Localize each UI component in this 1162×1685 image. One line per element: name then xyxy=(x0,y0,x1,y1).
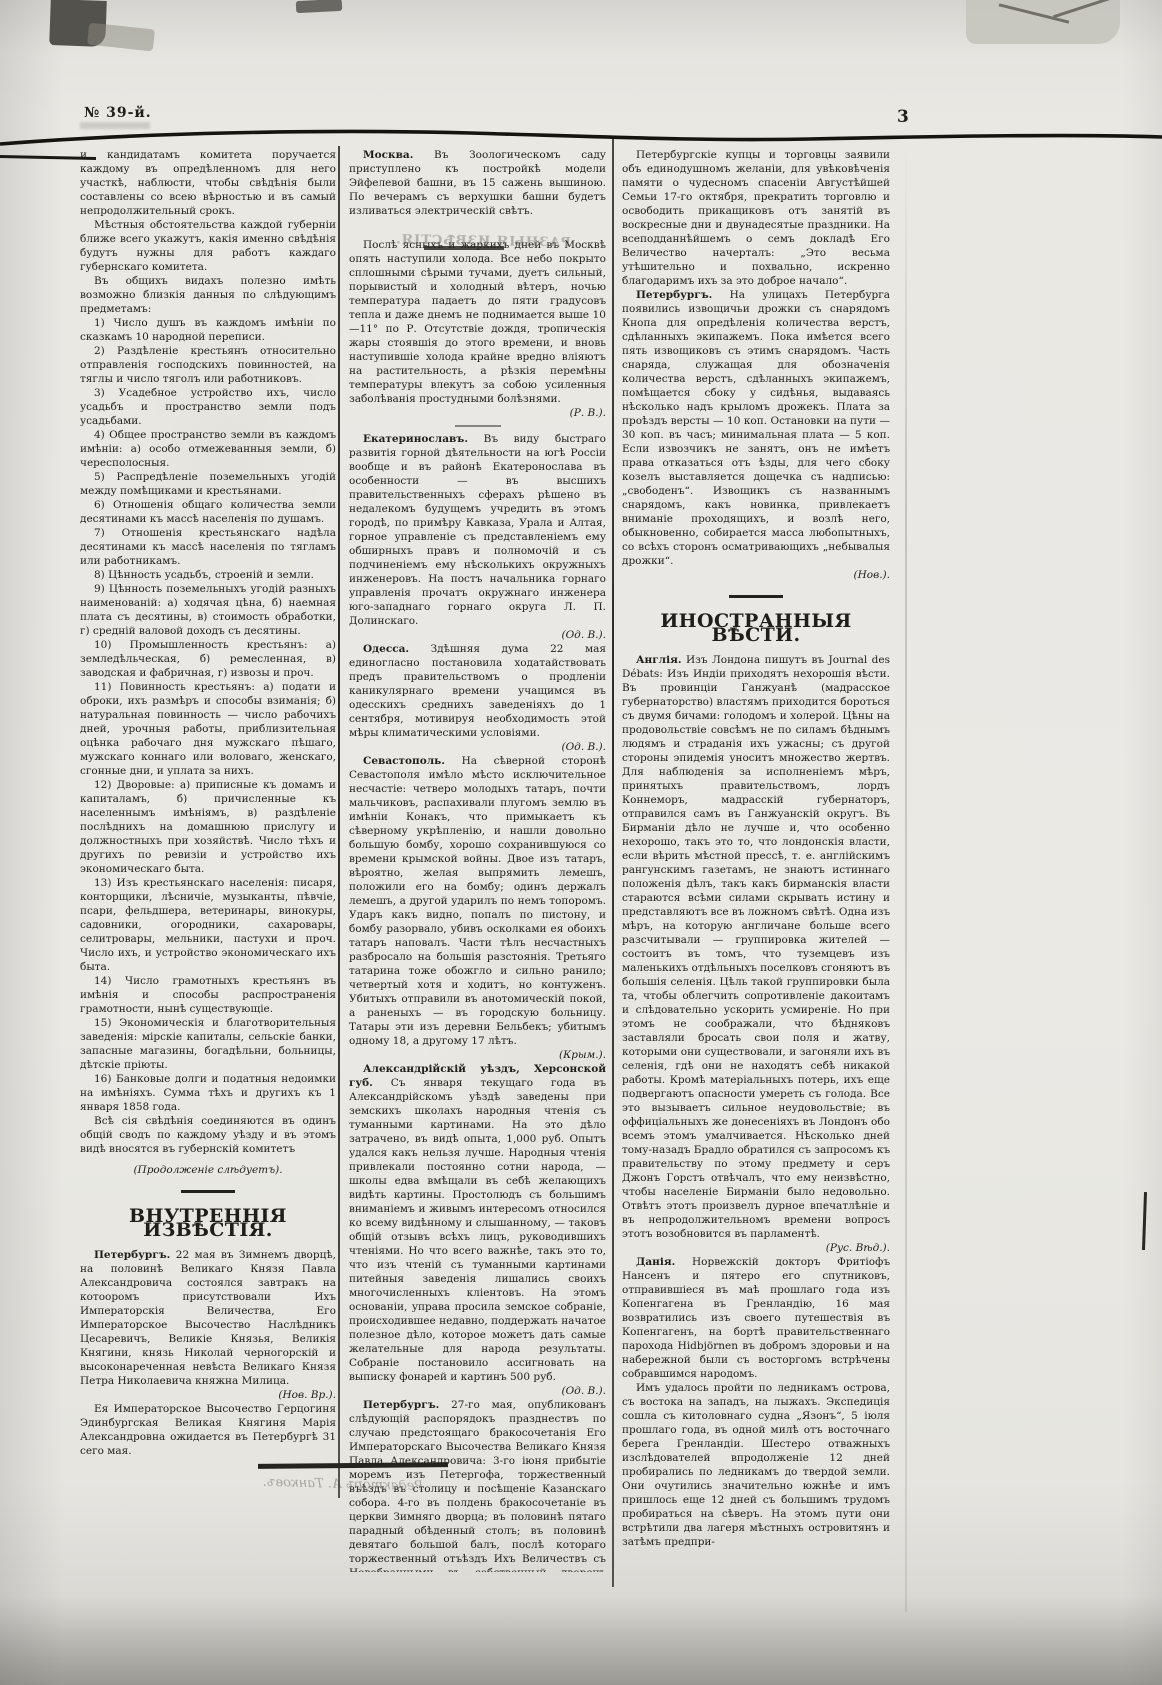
news-text: Ея Императорское Высочество Герцогиня Эд… xyxy=(80,1403,336,1457)
body-paragraph: и кандидатамъ комитета поручается каждом… xyxy=(80,148,336,218)
list-item: 1) Число душъ въ каждомъ имѣніи по сказк… xyxy=(80,316,336,344)
news-text: Петербургскіе купцы и торговцы заявили о… xyxy=(622,149,890,287)
item-divider-rule xyxy=(455,425,501,427)
section-title-domestic-news: ВНУТРЕННІЯ ИЗВѢСТІЯ. xyxy=(80,1209,336,1237)
news-text: На улицахъ Петербурга появились извощичь… xyxy=(622,289,890,567)
news-item: Петербургъ. На улицахъ Петербурга появил… xyxy=(622,288,890,582)
torn-paper-artifact xyxy=(87,23,155,52)
list-item: 7) Отношенія крестьянскаго надѣла десяти… xyxy=(80,526,336,568)
news-text: 22 мая въ Зимнемъ дворцѣ, на половинѣ Ве… xyxy=(80,1249,336,1387)
list-item: 8) Цѣнность усадьбъ, строеній и земли. xyxy=(80,568,336,582)
news-item: Англія. Изъ Лондона пишутъ въ Journal de… xyxy=(622,653,890,1255)
bleedthrough-rule xyxy=(424,246,504,250)
source-citation: (Крым.). xyxy=(349,1048,606,1062)
list-item: 4) Общее пространство земли въ каждомъ и… xyxy=(80,428,336,470)
news-item: Данія. Норвежскій докторъ Фритіофъ Нансе… xyxy=(622,1255,890,1381)
torn-paper-artifact xyxy=(999,3,1070,23)
news-text: 27-го мая, опубликованъ слѣдующій распор… xyxy=(349,1399,606,1572)
list-item: 15) Экономическія и благотворительныя за… xyxy=(80,1016,336,1072)
source-citation: (Нов.). xyxy=(622,568,890,582)
issue-number: № 39-й. xyxy=(84,105,152,121)
news-text: Здѣшняя дума 22 мая единогласно постанов… xyxy=(349,643,606,739)
source-citation: (Од. В.). xyxy=(349,740,606,754)
page-edge-shadow xyxy=(905,142,907,1612)
torn-paper-artifact xyxy=(296,0,343,13)
torn-paper-artifact xyxy=(1053,0,1111,18)
dateline: Одесса. xyxy=(363,643,409,655)
dateline: Екатеринославъ. xyxy=(363,433,468,445)
list-item: 14) Число грамотныхъ крестьянъ въ имѣнія… xyxy=(80,974,336,1016)
torn-paper-artifact xyxy=(966,0,1120,44)
dateline: Москва. xyxy=(363,149,413,161)
news-item: Севастополь. На сѣверной сторонѣ Севасто… xyxy=(349,754,606,1062)
list-item: 10) Промышленность крестьянъ: а) земледѣ… xyxy=(80,638,336,680)
news-item: Послѣ ясныхъ и жаркихъ дней въ Москвѣ оп… xyxy=(349,238,606,420)
news-item: Петербургскіе купцы и торговцы заявили о… xyxy=(622,148,890,288)
news-item: Петербургъ. 27-го мая, опубликованъ слѣд… xyxy=(349,1398,606,1572)
column-1: и кандидатамъ комитета поручается каждом… xyxy=(80,148,336,1460)
list-item: 6) Отношенія общаго количества земли дес… xyxy=(80,498,336,526)
column-divider xyxy=(338,146,340,1498)
news-text: Послѣ ясныхъ и жаркихъ дней въ Москвѣ оп… xyxy=(349,239,606,405)
source-citation: (Од. В.). xyxy=(349,1384,606,1398)
dateline: Данія. xyxy=(636,1256,675,1268)
body-paragraph: Всѣ сія свѣдѣнія соединяются въ одинъ об… xyxy=(80,1114,336,1156)
dateline: Петербургъ. xyxy=(636,289,712,301)
news-item: Одесса. Здѣшняя дума 22 мая единогласно … xyxy=(349,642,606,754)
section-title-foreign-news: ИНОСТРАННЫЯ ВѢСТИ. xyxy=(622,614,890,642)
news-item: Имъ удалось пройти по ледникамъ острова,… xyxy=(622,1381,890,1549)
body-paragraph: Въ общихъ видахъ полезно имѣть возможно … xyxy=(80,274,336,316)
column-3: Петербургскіе купцы и торговцы заявили о… xyxy=(622,148,890,1578)
list-item: 16) Банковые долги и податныя недоимки н… xyxy=(80,1072,336,1114)
list-item: 2) Раздѣленіе крестьянъ относительно отп… xyxy=(80,344,336,386)
torn-paper-artifact xyxy=(49,0,107,47)
source-citation: (Р. В.). xyxy=(349,406,606,420)
newspaper-page-scan: № 39-й. 3 и кандидатамъ комитета поручае… xyxy=(0,0,1162,1685)
dateline: Петербургъ. xyxy=(363,1399,439,1411)
section-divider-rule xyxy=(729,595,783,598)
dateline: Севастополь. xyxy=(363,755,445,767)
continuation-note: (Продолженіе слѣдуетъ). xyxy=(80,1163,336,1177)
source-citation: (Од. В.). xyxy=(349,628,606,642)
news-text: На сѣверной сторонѣ Севастополя имѣло мѣ… xyxy=(349,755,606,1047)
column-2: Москва. Въ Зоологическомъ саду приступле… xyxy=(349,148,606,1572)
news-item: Ея Императорское Высочество Герцогиня Эд… xyxy=(80,1402,336,1460)
news-item: Москва. Въ Зоологическомъ саду приступле… xyxy=(349,148,606,218)
news-text: Изъ Лондона пишутъ въ Journal des Débats… xyxy=(622,654,890,1240)
news-text: Въ виду быстраго развитія горной дѣятель… xyxy=(349,433,606,627)
news-item: Екатеринославъ. Въ виду быстраго развиті… xyxy=(349,432,606,642)
section-divider-rule xyxy=(181,1190,235,1193)
list-item: 11) Повинность крестьянъ: а) подати и об… xyxy=(80,680,336,778)
news-item: Петербургъ. 22 мая въ Зимнемъ дворцѣ, на… xyxy=(80,1248,336,1402)
source-citation: (Гражд.). xyxy=(80,1458,336,1460)
margin-ink-mark xyxy=(1142,1192,1147,1250)
dateline: Петербургъ. xyxy=(94,1249,170,1261)
body-paragraph: Мѣстныя обстоятельства каждой губерніи б… xyxy=(80,218,336,274)
list-item: 13) Изъ крестьянскаго населенія: писаря,… xyxy=(80,876,336,974)
source-citation: (Нов. Вр.). xyxy=(80,1388,336,1402)
news-item: Александрійскій уѣздъ, Херсонской губ. С… xyxy=(349,1062,606,1398)
list-item: 12) Дворовые: а) приписные къ домамъ и к… xyxy=(80,778,336,876)
source-citation: (Рус. Вѣд.). xyxy=(622,1241,890,1255)
column-divider xyxy=(612,139,614,1587)
news-text: Норвежскій докторъ Фритіофъ Нансенъ и пя… xyxy=(622,1256,890,1380)
news-text: Имъ удалось пройти по ледникамъ острова,… xyxy=(622,1382,890,1548)
list-item: 9) Цѣнность поземельныхъ угодій разныхъ … xyxy=(80,582,336,638)
news-text: Съ января текущаго года въ Александрійск… xyxy=(349,1077,606,1383)
dateline: Англія. xyxy=(636,654,681,666)
list-item: 3) Усадебное устройство ихъ, число усадь… xyxy=(80,386,336,428)
list-item: 5) Распредѣленіе поземельныхъ угодій меж… xyxy=(80,470,336,498)
